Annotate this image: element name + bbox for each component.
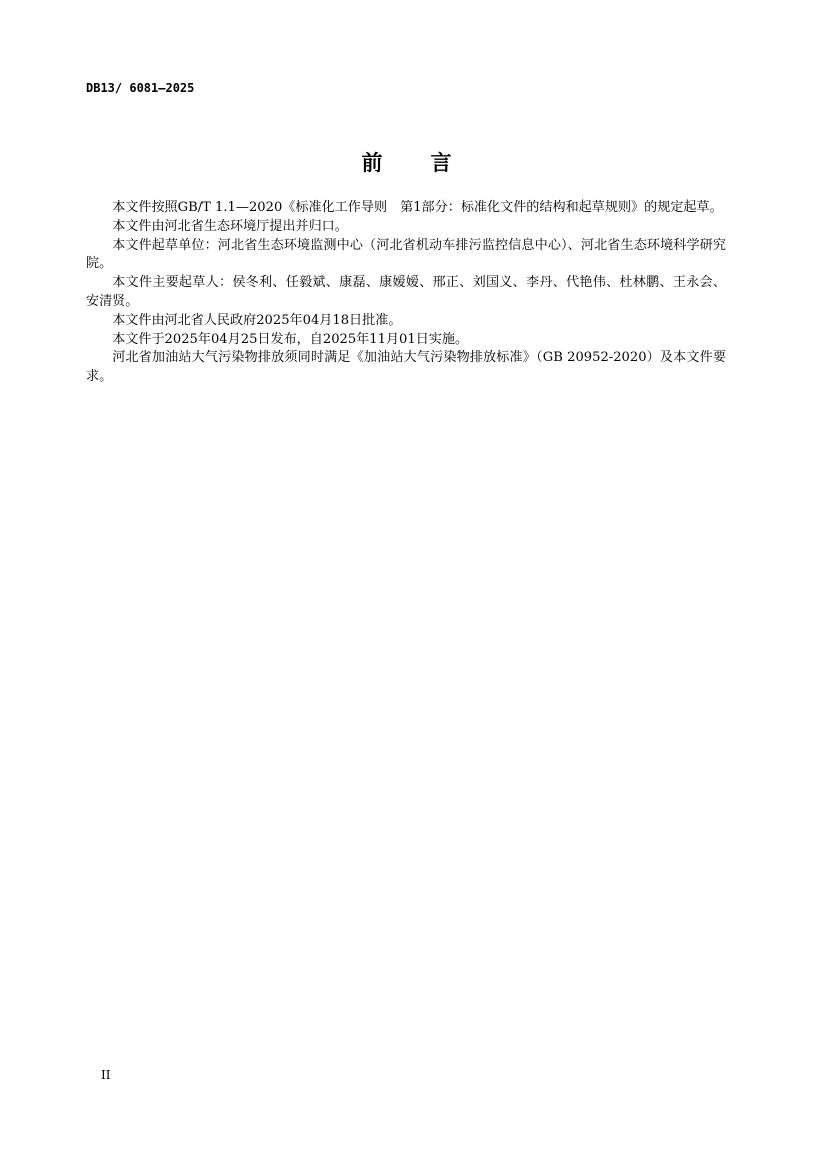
paragraph-proposer: 本文件由河北省生态环境厅提出并归口。 (86, 218, 726, 237)
paragraph-drafters: 本文件主要起草人：侯冬利、任毅斌、康磊、康嫒嫒、邢正、刘国义、李丹、代艳伟、杜林… (86, 274, 726, 312)
title-char-2: 言 (431, 147, 452, 177)
foreword-body: 本文件按照GB/T 1.1—2020《标准化工作导则 第1部分：标准化文件的结构… (86, 199, 726, 387)
paragraph-release-dates: 本文件于2025年04月25日发布，自2025年11月01日实施。 (86, 331, 726, 350)
title-char-1: 前 (362, 147, 383, 177)
paragraph-compliance: 河北省加油站大气污染物排放须同时满足《加油站大气污染物排放标准》（GB 2095… (86, 349, 726, 387)
paragraph-drafting-units: 本文件起草单位：河北省生态环境监测中心（河北省机动车排污监控信息中心）、河北省生… (86, 237, 726, 275)
paragraph-approval: 本文件由河北省人民政府2025年04月18日批准。 (86, 312, 726, 331)
page-title: 前言 (0, 147, 813, 177)
page-number: II (101, 1068, 110, 1082)
paragraph-drafting-rules: 本文件按照GB/T 1.1—2020《标准化工作导则 第1部分：标准化文件的结构… (86, 199, 726, 218)
standard-code: DB13/ 6081—2025 (86, 81, 194, 95)
